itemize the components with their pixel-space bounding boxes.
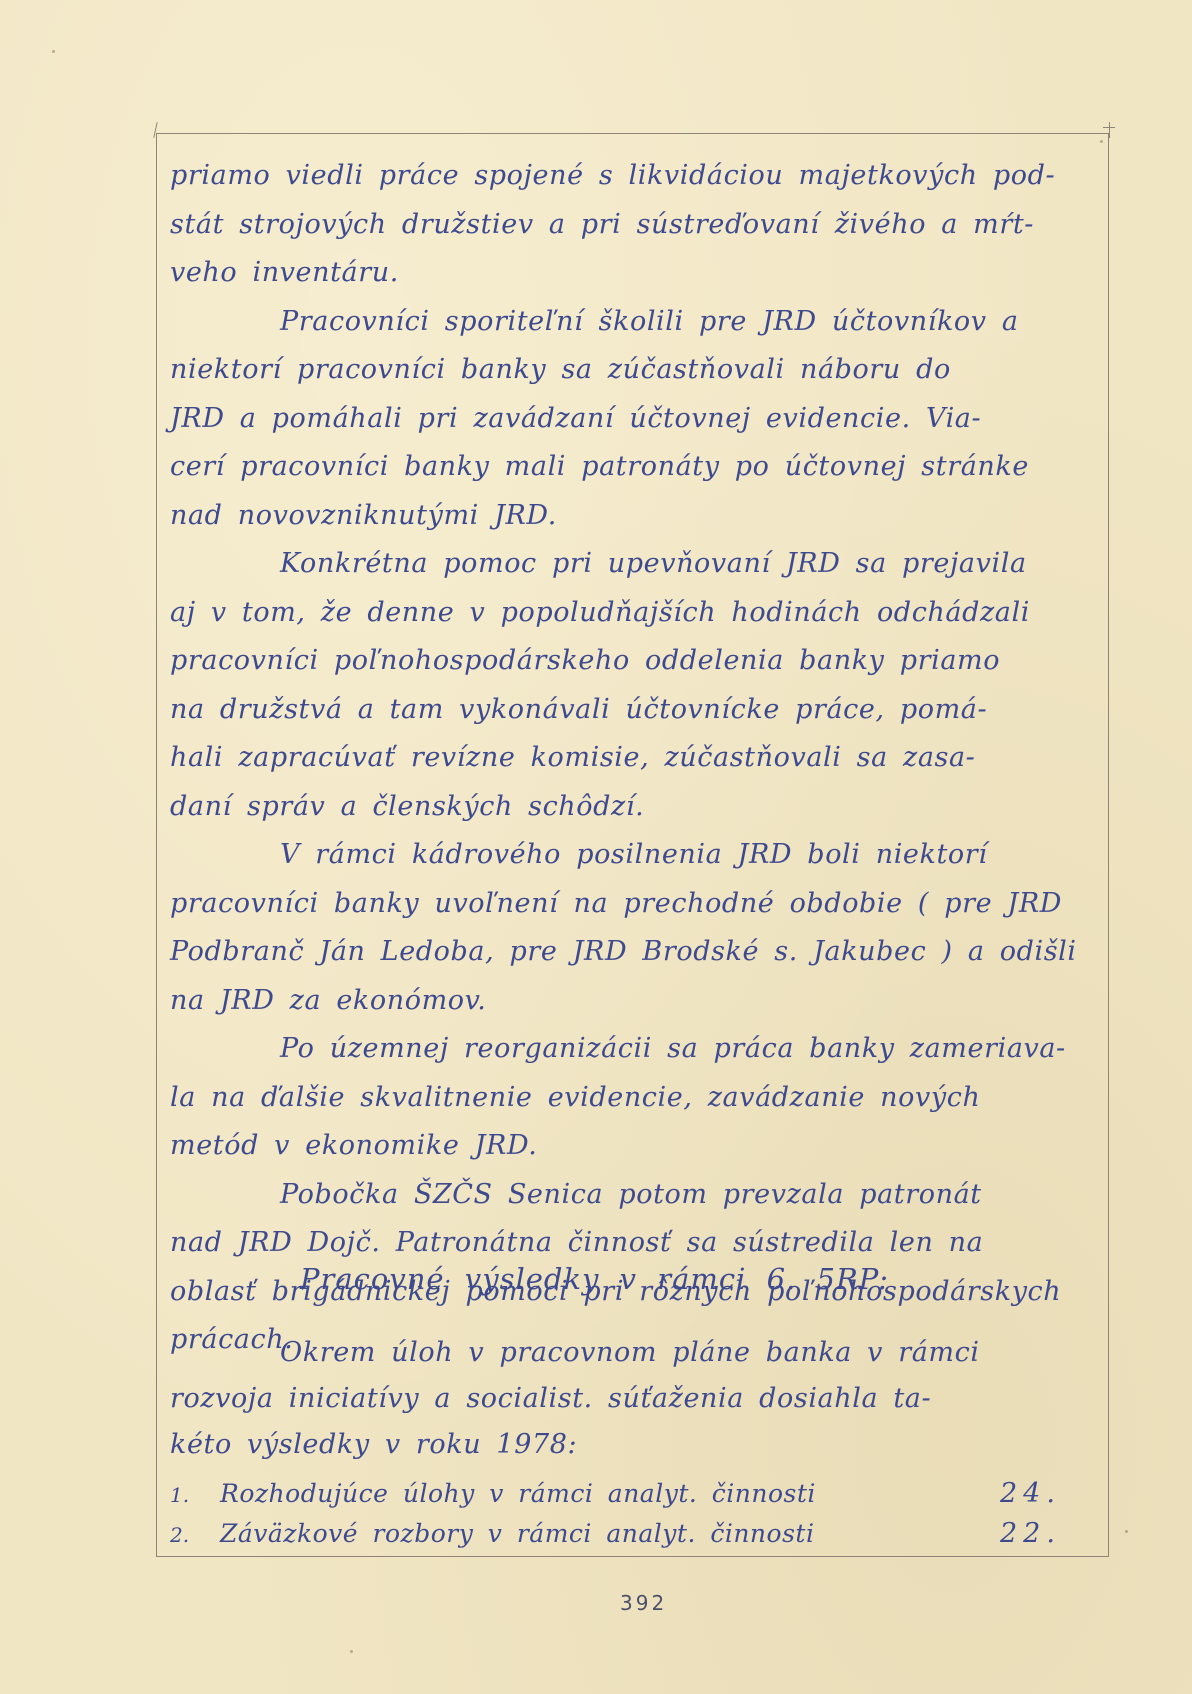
text-line: Pracovníci sporiteľní školili pre JRD úč…: [170, 298, 1100, 347]
text-line: JRD a pomáhali pri zavádzaní účtovnej ev…: [170, 395, 1100, 444]
body-text: priamo viedli práce spojené s likvidácio…: [170, 152, 1100, 1365]
text-line: kéto výsledky v roku 1978:: [170, 1422, 1100, 1468]
paragraph: priamo viedli práce spojené s likvidácio…: [170, 152, 1100, 298]
paragraph: Po územnej reorganizácii sa práca banky …: [170, 1025, 1100, 1171]
paper-speck: [1125, 1530, 1128, 1533]
text-line: na družstvá a tam vykonávali účtovnícke …: [170, 686, 1100, 735]
page-number: 392: [620, 1591, 667, 1615]
item-value: 24.: [1000, 1474, 1070, 1514]
item-number: 1.: [170, 1475, 220, 1515]
paper-speck: [1100, 140, 1103, 143]
document-page: priamo viedli práce spojené s likvidácio…: [0, 0, 1192, 1694]
results-list: 1. Rozhodujúce úlohy v rámci analyt. čin…: [170, 1474, 1070, 1554]
text-line: metód v ekonomike JRD.: [170, 1122, 1100, 1171]
text-line: cerí pracovníci banky mali patronáty po …: [170, 443, 1100, 492]
text-line: pracovníci poľnohospodárskeho oddelenia …: [170, 637, 1100, 686]
text-line: stát strojových družstiev a pri sústreďo…: [170, 201, 1100, 250]
text-line: Okrem úloh v pracovnom pláne banka v rám…: [170, 1330, 1100, 1376]
paper-speck: [52, 50, 55, 53]
text-line: la na ďalšie skvalitnenie evidencie, zav…: [170, 1074, 1100, 1123]
text-line: na JRD za ekonómov.: [170, 977, 1100, 1026]
paragraph: Konkrétna pomoc pri upevňovaní JRD sa pr…: [170, 540, 1100, 831]
frame-corner-mark: [1109, 122, 1110, 138]
text-line: hali zapracúvať revízne komisie, zúčastň…: [170, 734, 1100, 783]
text-line: aj v tom, že denne v popoludňajších hodi…: [170, 589, 1100, 638]
section-intro: Okrem úloh v pracovnom pláne banka v rám…: [170, 1330, 1100, 1468]
text-line: niektorí pracovníci banky sa zúčastňoval…: [170, 346, 1100, 395]
text-line: pracovníci banky uvoľnení na prechodné o…: [170, 880, 1100, 929]
list-item: 1. Rozhodujúce úlohy v rámci analyt. čin…: [170, 1474, 1070, 1514]
text-line: Podbranč Ján Ledoba, pre JRD Brodské s. …: [170, 928, 1100, 977]
text-line: V rámci kádrového posilnenia JRD boli ni…: [170, 831, 1100, 880]
item-value: 22.: [1000, 1514, 1070, 1554]
item-text: Rozhodujúce úlohy v rámci analyt. činnos…: [220, 1474, 1000, 1514]
text-line: rozvoja iniciatívy a socialist. súťaženi…: [170, 1376, 1100, 1422]
paragraph: V rámci kádrového posilnenia JRD boli ni…: [170, 831, 1100, 1025]
text-line: Konkrétna pomoc pri upevňovaní JRD sa pr…: [170, 540, 1100, 589]
item-number: 2.: [170, 1515, 220, 1555]
list-item: 2. Záväzkové rozbory v rámci analyt. čin…: [170, 1514, 1070, 1554]
section-heading: Pracovné výsledky v rámci 6. 5RP:: [300, 1262, 889, 1296]
frame-corner-mark: [1103, 127, 1115, 128]
text-line: nad JRD Dojč. Patronátna činnosť sa súst…: [170, 1219, 1100, 1268]
text-line: daní správ a členských schôdzí.: [170, 783, 1100, 832]
text-line: priamo viedli práce spojené s likvidácio…: [170, 152, 1100, 201]
paper-speck: [350, 1650, 353, 1653]
text-line: veho inventáru.: [170, 249, 1100, 298]
text-line: Po územnej reorganizácii sa práca banky …: [170, 1025, 1100, 1074]
text-line: Pobočka ŠZČS Senica potom prevzala patro…: [170, 1171, 1100, 1220]
item-text: Záväzkové rozbory v rámci analyt. činnos…: [220, 1514, 1000, 1554]
paragraph: Pracovníci sporiteľní školili pre JRD úč…: [170, 298, 1100, 541]
text-line: nad novovzniknutými JRD.: [170, 492, 1100, 541]
